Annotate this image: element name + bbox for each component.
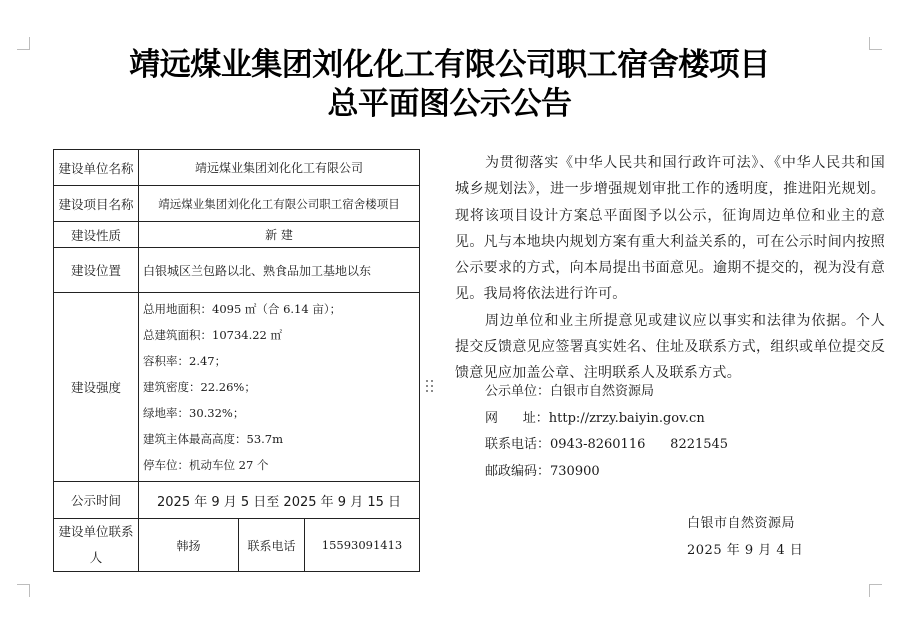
- intensity-values: 总用地面积：4095 ㎡（合 6.14 亩）； 总建筑面积：10734.22 ㎡…: [139, 293, 420, 482]
- row-label: 建设项目名称: [54, 186, 139, 222]
- page-title: 靖远煤业集团刘化化工有限公司职工宿舍楼项目 总平面图公示公告: [0, 46, 899, 124]
- row-label: 建设单位名称: [54, 150, 139, 186]
- signature-date: 2025 年 9 月 4 日: [687, 537, 803, 564]
- row-value: 靖远煤业集团刘化化工有限公司职工宿舍楼项目: [139, 186, 420, 222]
- row-label: 建设位置: [54, 248, 139, 293]
- intensity-item: 停车位：机动车位 27 个: [143, 452, 419, 478]
- phone: 联系电话：0943-8260116 8221545: [485, 432, 728, 459]
- postcode: 邮政编码：730900: [485, 459, 728, 486]
- table-row: 建设强度 总用地面积：4095 ㎡（合 6.14 亩）； 总建筑面积：10734…: [54, 293, 420, 482]
- intensity-item: 总用地面积：4095 ㎡（合 6.14 亩）；: [143, 296, 419, 322]
- website: 网 址：http://zrzy.baiyin.gov.cn: [485, 406, 728, 433]
- table-row: 公示时间 2025 年 9 月 5 日至 2025 年 9 月 15 日: [54, 482, 420, 519]
- crop-mark-bottom-left: [17, 584, 30, 597]
- intensity-item: 容积率：2.47；: [143, 348, 419, 374]
- table-row: 建设项目名称 靖远煤业集团刘化化工有限公司职工宿舍楼项目: [54, 186, 420, 222]
- row-value: 新 建: [139, 222, 420, 248]
- intensity-item: 建筑密度：22.26%；: [143, 374, 419, 400]
- notice-paragraph: 周边单位和业主所提意见或建议应以事实和法律为依据。个人提交反馈意见应签署真实姓名…: [455, 308, 885, 387]
- row-label: 建设强度: [54, 293, 139, 482]
- contact-phone: 15593091413: [305, 519, 420, 572]
- table-row: 建设位置 白银城区兰包路以北、熟食品加工基地以东: [54, 248, 420, 293]
- row-label: 建设单位联系人: [54, 519, 139, 572]
- title-line-2: 总平面图公示公告: [0, 85, 899, 124]
- project-info-table: 建设单位名称 靖远煤业集团刘化化工有限公司 建设项目名称 靖远煤业集团刘化化工有…: [53, 149, 420, 572]
- row-label: 公示时间: [54, 482, 139, 519]
- intensity-item: 建筑主体最高高度：53.7m: [143, 426, 419, 452]
- drag-handle-icon[interactable]: [426, 380, 436, 394]
- row-value: 白银城区兰包路以北、熟食品加工基地以东: [139, 248, 420, 293]
- table-row: 建设性质 新 建: [54, 222, 420, 248]
- publicity-period: 2025 年 9 月 5 日至 2025 年 9 月 15 日: [139, 482, 420, 519]
- crop-mark-bottom-right: [869, 584, 882, 597]
- signature: 白银市自然资源局 2025 年 9 月 4 日: [687, 510, 803, 564]
- row-value: 靖远煤业集团刘化化工有限公司: [139, 150, 420, 186]
- title-line-1: 靖远煤业集团刘化化工有限公司职工宿舍楼项目: [0, 46, 899, 85]
- contact-name: 韩扬: [139, 519, 239, 572]
- intensity-item: 绿地率：30.32%；: [143, 400, 419, 426]
- intensity-item: 总建筑面积：10734.22 ㎡: [143, 322, 419, 348]
- contact-info: 公示单位：白银市自然资源局 网 址：http://zrzy.baiyin.gov…: [485, 379, 728, 485]
- row-label: 建设性质: [54, 222, 139, 248]
- notice-paragraph: 为贯彻落实《中华人民共和国行政许可法》、《中华人民共和国城乡规划法》，进一步增强…: [455, 150, 885, 308]
- publishing-unit: 公示单位：白银市自然资源局: [485, 379, 728, 406]
- table-row: 建设单位名称 靖远煤业集团刘化化工有限公司: [54, 150, 420, 186]
- table-row: 建设单位联系人 韩扬 联系电话 15593091413: [54, 519, 420, 572]
- signature-org: 白银市自然资源局: [687, 510, 803, 537]
- contact-phone-label: 联系电话: [239, 519, 305, 572]
- notice-body: 为贯彻落实《中华人民共和国行政许可法》、《中华人民共和国城乡规划法》，进一步增强…: [455, 150, 885, 387]
